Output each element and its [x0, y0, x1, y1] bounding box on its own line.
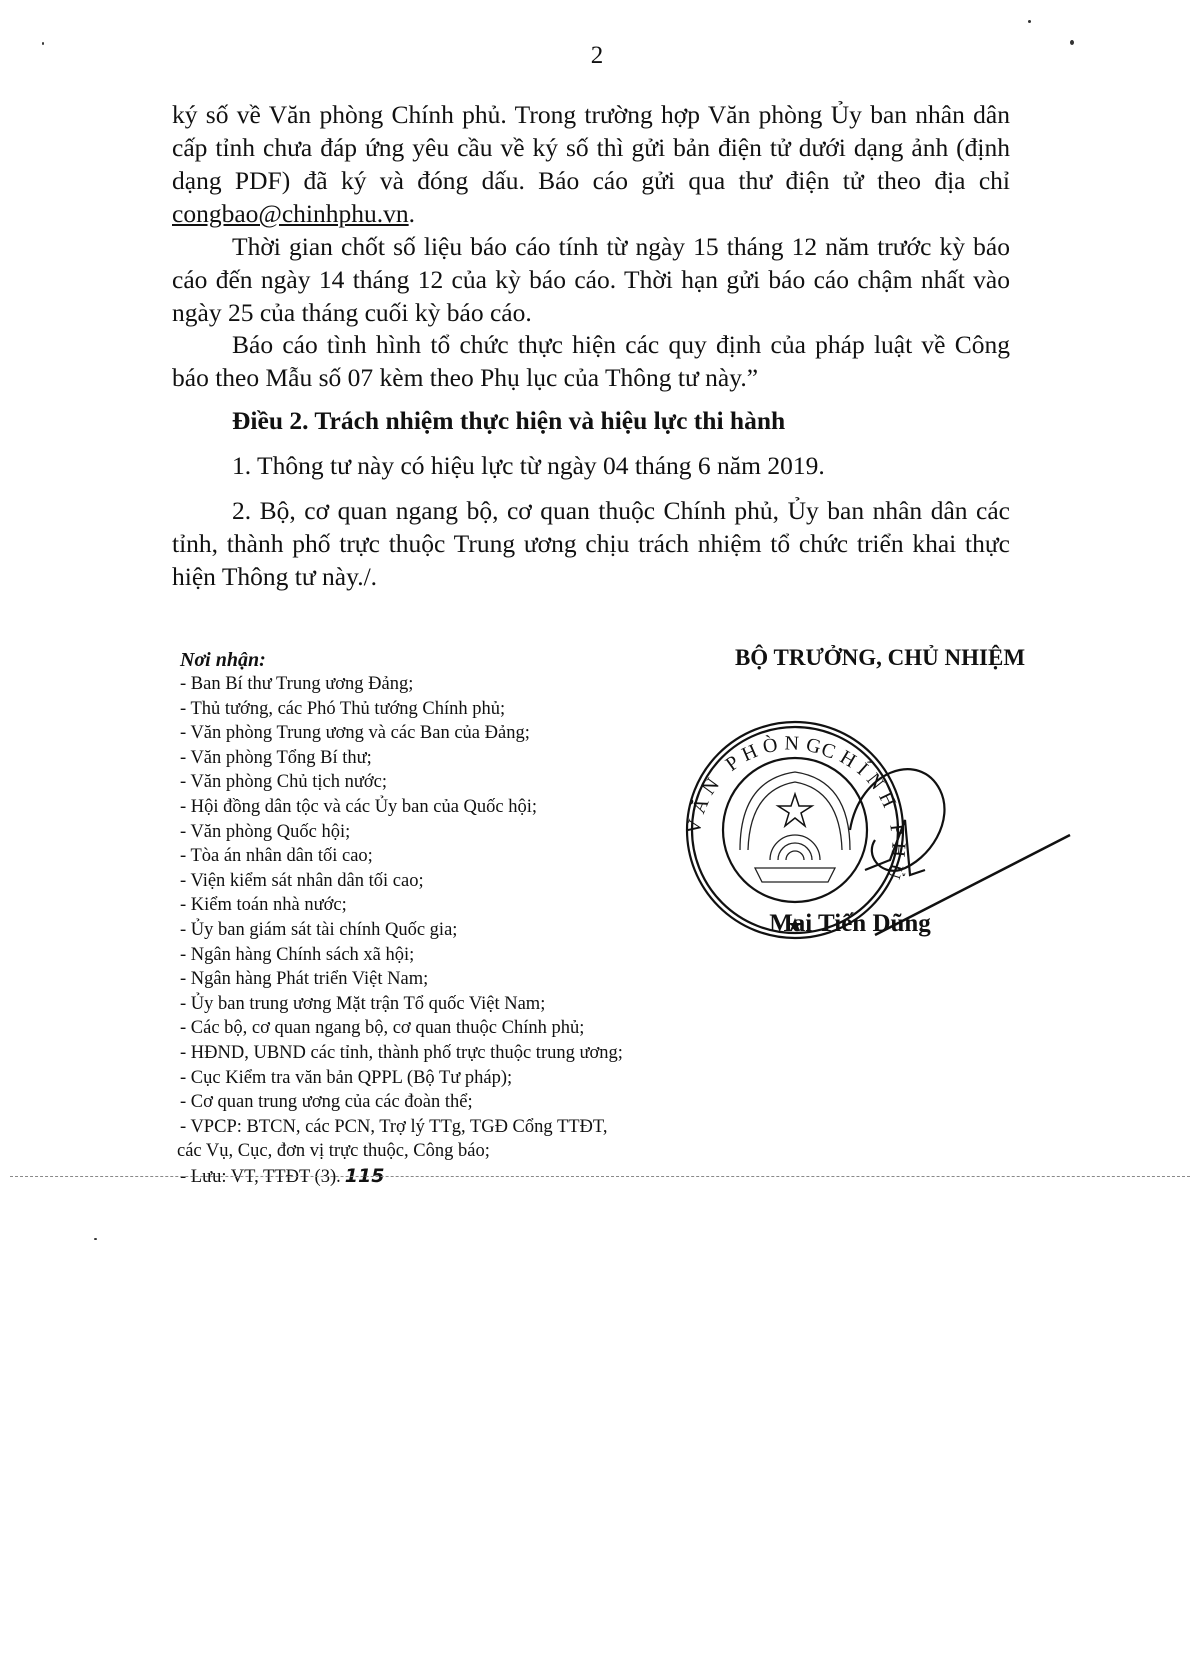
recipient-item: - Tòa án nhân dân tối cao; [180, 844, 700, 869]
scan-speck [1028, 20, 1031, 23]
recipient-item: - Cơ quan trung ương của các đoàn thể; [180, 1090, 700, 1115]
article-2-heading: Điều 2. Trách nhiệm thực hiện và hiệu lự… [172, 404, 1010, 437]
recipient-item: - Ủy ban giám sát tài chính Quốc gia; [180, 918, 700, 943]
email-link[interactable]: congbao@chinhphu.vn [172, 199, 409, 228]
article-heading: Điều 2. Trách nhiệm thực hiện và hiệu lự… [172, 404, 1010, 437]
paragraph-3-text: Báo cáo tình hình tổ chức thực hiện các … [172, 328, 1010, 394]
paragraph-2: Thời gian chốt số liệu báo cáo tính từ n… [172, 230, 1010, 329]
recipient-item: - Thủ tướng, các Phó Thủ tướng Chính phủ… [180, 697, 700, 722]
recipient-item: - VPCP: BTCN, các PCN, Trợ lý TTg, TGĐ C… [180, 1115, 700, 1140]
recipient-item: - Cục Kiểm tra văn bản QPPL (Bộ Tư pháp)… [180, 1066, 700, 1091]
document-body: ký số về Văn phòng Chính phủ. Trong trườ… [172, 98, 1010, 230]
scan-speck [94, 1238, 97, 1240]
signatory-title: BỘ TRƯỞNG, CHỦ NHIỆM [660, 645, 1100, 671]
paragraph-1-end: . [409, 199, 415, 228]
svg-text:VĂN PHÒNG: VĂN PHÒNG [683, 731, 829, 836]
scan-speck [42, 42, 44, 45]
recipient-item: - Ngân hàng Chính sách xã hội; [180, 943, 700, 968]
clause-1-text: 1. Thông tư này có hiệu lực từ ngày 04 t… [172, 449, 1010, 482]
recipient-item: - Viện kiểm sát nhân dân tối cao; [180, 869, 700, 894]
page-divider [10, 1176, 1190, 1177]
paragraph-3: Báo cáo tình hình tổ chức thực hiện các … [172, 328, 1010, 394]
recipient-item: - Hội đồng dân tộc và các Ủy ban của Quố… [180, 795, 700, 820]
clause-2-text: 2. Bộ, cơ quan ngang bộ, cơ quan thuộc C… [172, 494, 1010, 593]
paragraph-1-text: ký số về Văn phòng Chính phủ. Trong trườ… [172, 100, 1010, 195]
recipients-title: Nơi nhận: [180, 648, 700, 672]
clause-2: 2. Bộ, cơ quan ngang bộ, cơ quan thuộc C… [172, 494, 1010, 593]
recipients-list: - Ban Bí thư Trung ương Đảng;- Thủ tướng… [180, 672, 700, 1164]
recipients-block: Nơi nhận: - Ban Bí thư Trung ương Đảng;-… [180, 648, 700, 1189]
paragraph-2-text: Thời gian chốt số liệu báo cáo tính từ n… [172, 230, 1010, 329]
recipient-item: - Ban Bí thư Trung ương Đảng; [180, 672, 700, 697]
signatory-name: Mai Tiến Dũng [690, 910, 1010, 938]
page-number: 2 [0, 42, 1194, 70]
scan-speck [1070, 40, 1074, 45]
recipient-item: - Ủy ban trung ương Mặt trận Tổ quốc Việ… [180, 992, 700, 1017]
recipient-item: - Ngân hàng Phát triển Việt Nam; [180, 967, 700, 992]
seal-text-left: VĂN PHÒNG [683, 731, 829, 836]
recipient-item: các Vụ, Cục, đơn vị trực thuộc, Công báo… [177, 1139, 700, 1164]
paragraph-1: ký số về Văn phòng Chính phủ. Trong trườ… [172, 98, 1010, 230]
recipient-item: - Văn phòng Chủ tịch nước; [180, 770, 700, 795]
clause-1: 1. Thông tư này có hiệu lực từ ngày 04 t… [172, 449, 1010, 482]
recipient-item: - Văn phòng Quốc hội; [180, 820, 700, 845]
recipient-item: - Kiểm toán nhà nước; [180, 893, 700, 918]
official-seal-icon: VĂN PHÒNG CHÍNH PHỦ [660, 710, 1080, 980]
recipient-item: - Văn phòng Tổng Bí thư; [180, 746, 700, 771]
recipient-item: - Các bộ, cơ quan ngang bộ, cơ quan thuộ… [180, 1016, 700, 1041]
recipient-item: - HĐND, UBND các tỉnh, thành phố trực th… [180, 1041, 700, 1066]
recipient-item: - Văn phòng Trung ương và các Ban của Đả… [180, 721, 700, 746]
